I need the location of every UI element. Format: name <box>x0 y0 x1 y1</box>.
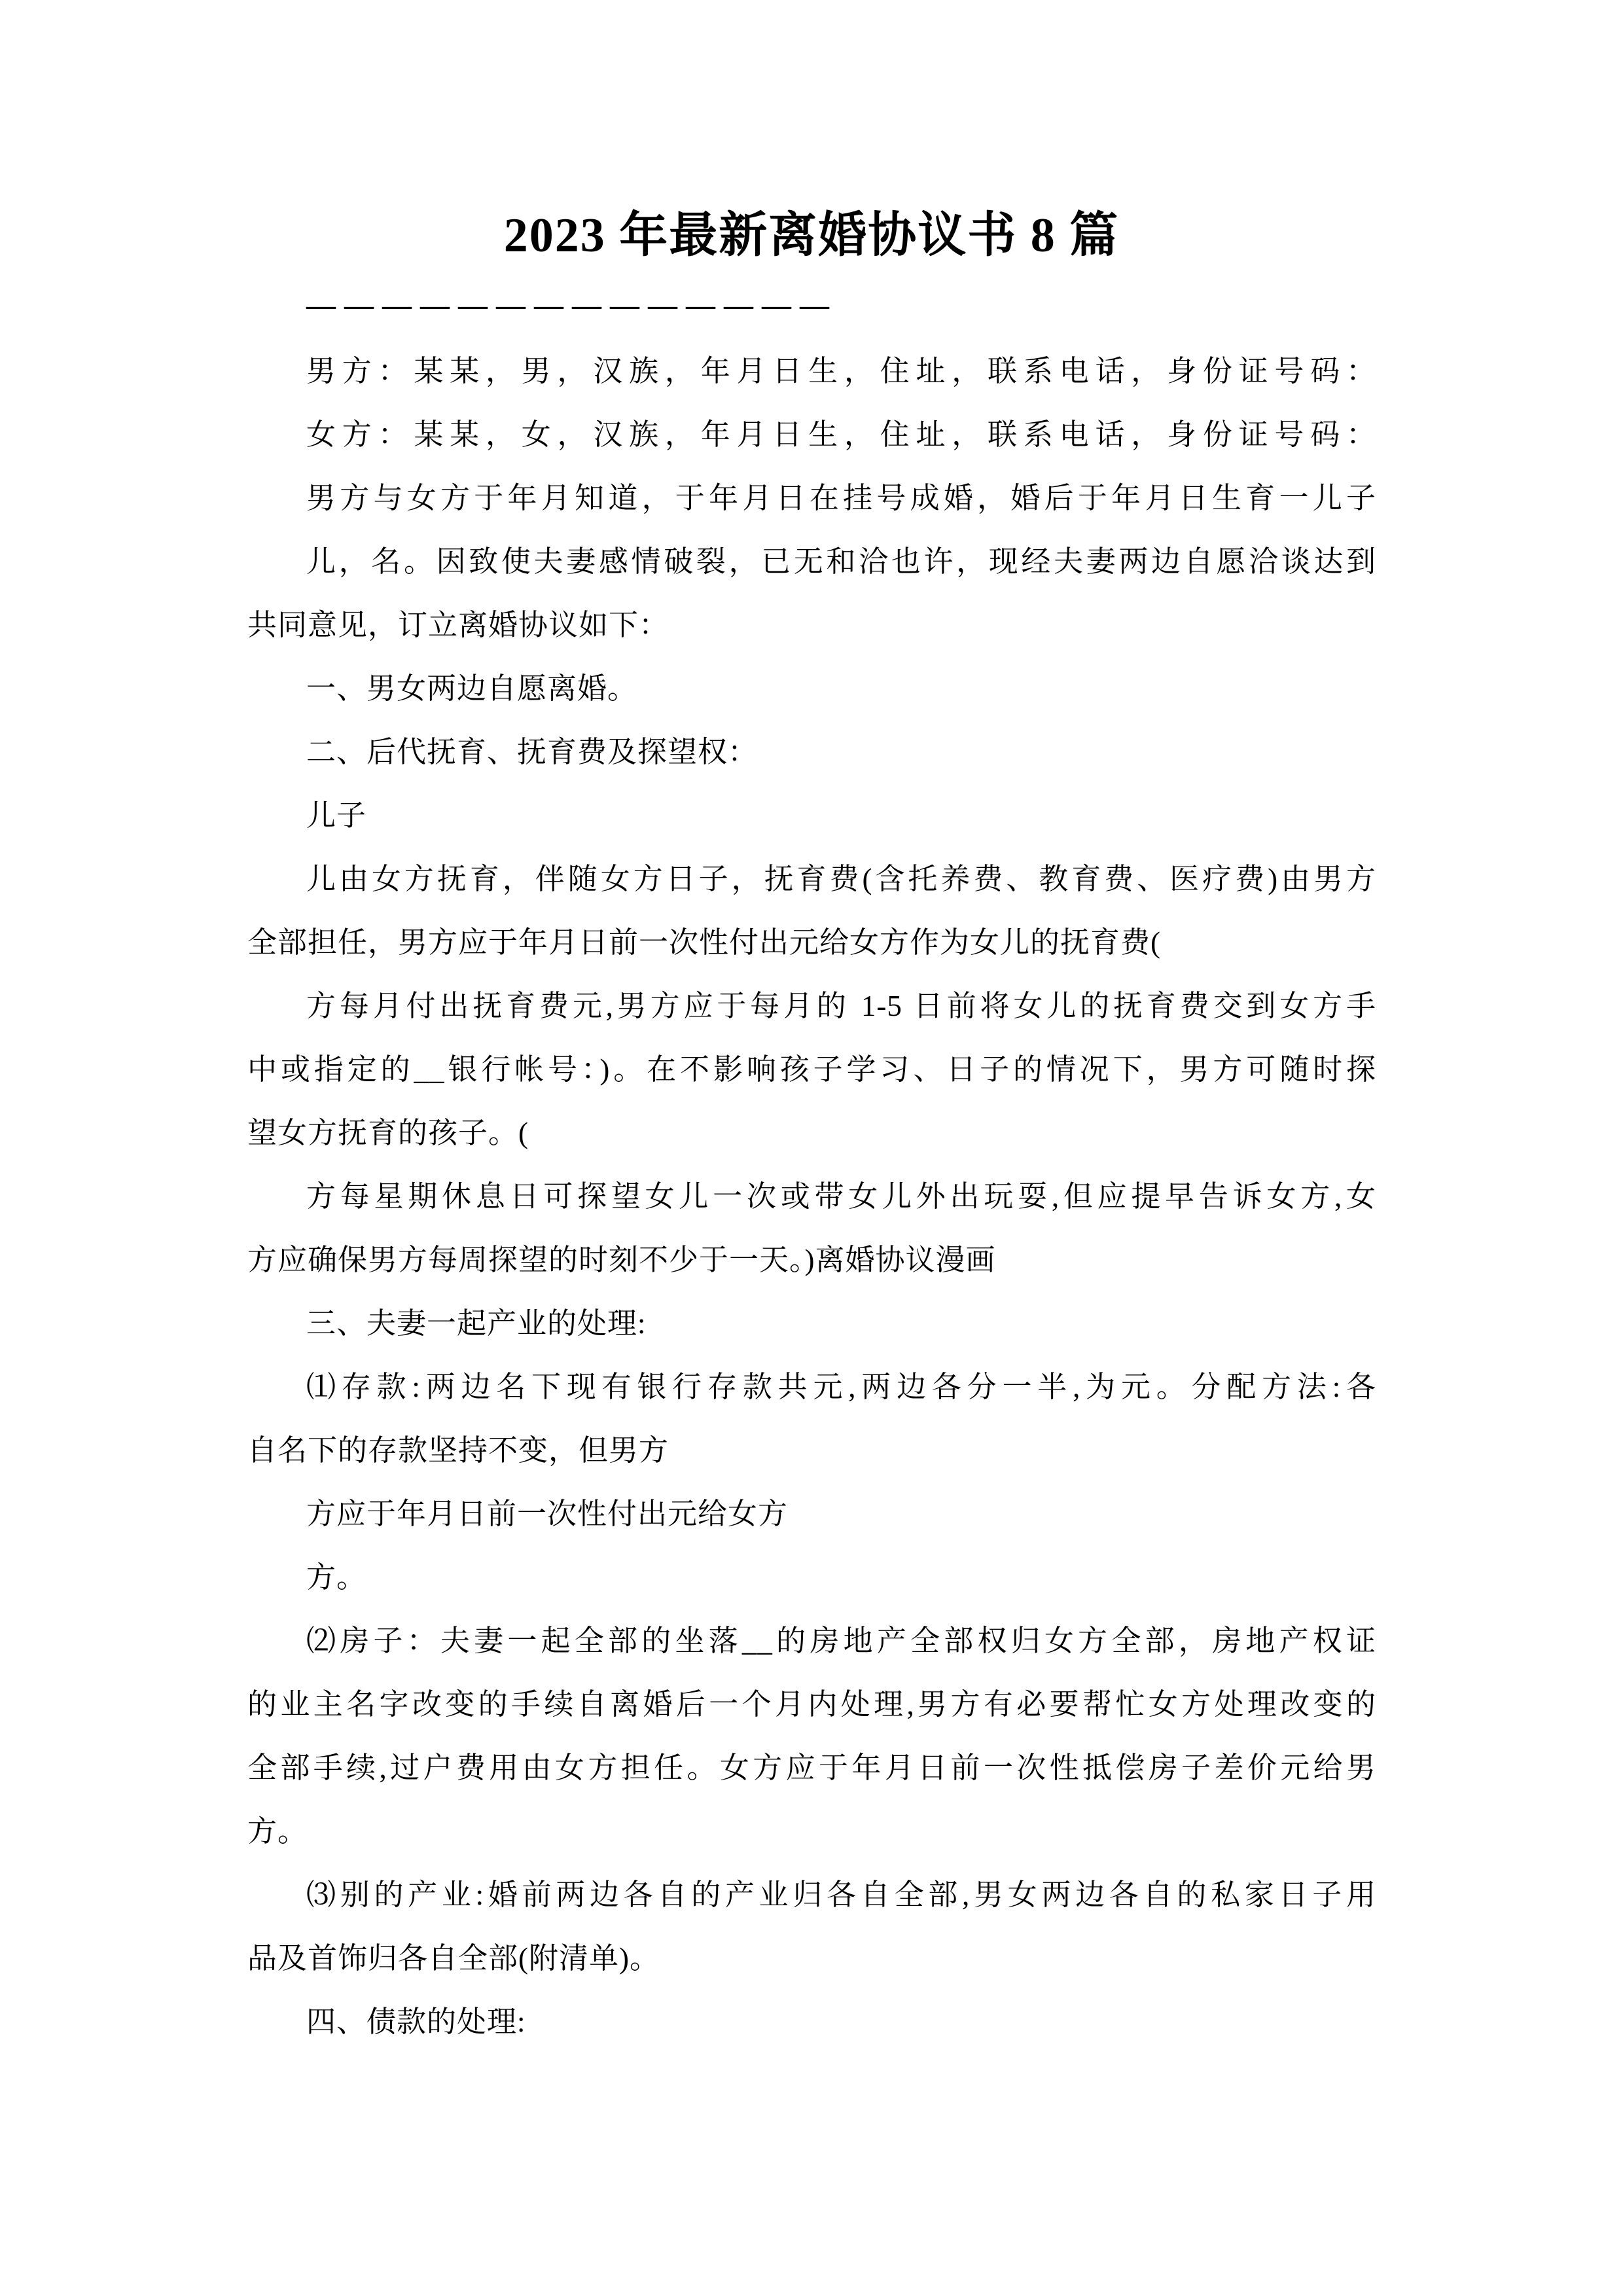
text-line: ⑵房子：夫妻一起全部的坐落__的房地产全部权归女方全部，房地产权证 <box>247 1609 1376 1673</box>
text-line: 全部手续,过户费用由女方担任。女方应于年月日前一次性抵偿房子差价元给男 <box>247 1736 1376 1800</box>
separator-line: —————————————— <box>247 276 1376 340</box>
text-line: 方。 <box>247 1800 1376 1863</box>
document-title: 2023 年最新离婚协议书 8 篇 <box>0 196 1623 266</box>
text-line: 全部担任，男方应于年月日前一次性付出元给女方作为女儿的抚育费( <box>247 911 1376 975</box>
text-line: 中或指定的__银行帐号：)。在不影响孩子学习、日子的情况下，男方可随时探 <box>247 1038 1376 1102</box>
text-line: 四、债款的处理: <box>247 1990 1376 2054</box>
document-page: 2023 年最新离婚协议书 8 篇 —————————————— 男方：某某，男… <box>0 0 1623 2296</box>
text-line: 一、男女两边自愿离婚。 <box>247 657 1376 721</box>
text-line: 自名下的存款坚持不变，但男方 <box>247 1419 1376 1482</box>
text-line: 男方：某某，男，汉族，年月日生，住址，联系电话，身份证号码： <box>247 340 1376 403</box>
text-line: 男方与女方于年月知道，于年月日在挂号成婚，婚后于年月日生育一儿子 <box>247 467 1376 530</box>
text-line: 二、后代抚育、抚育费及探望权： <box>247 721 1376 784</box>
document-body: —————————————— 男方：某某，男，汉族，年月日生，住址，联系电话，身… <box>247 276 1376 2054</box>
text-line: 方。 <box>247 1546 1376 1609</box>
text-line: 儿子 <box>247 784 1376 848</box>
text-line: 方应于年月日前一次性付出元给女方 <box>247 1482 1376 1546</box>
text-line: 女方：某某，女，汉族，年月日生，住址，联系电话，身份证号码： <box>247 403 1376 467</box>
text-line: ⑶别的产业:婚前两边各自的产业归各自全部,男女两边各自的私家日子用 <box>247 1863 1376 1927</box>
text-line: 的业主名字改变的手续自离婚后一个月内处理,男方有必要帮忙女方处理改变的 <box>247 1673 1376 1736</box>
text-line: 望女方抚育的孩子。( <box>247 1102 1376 1165</box>
text-line: 共同意见，订立离婚协议如下： <box>247 594 1376 657</box>
text-line: ⑴存款:两边名下现有银行存款共元,两边各分一半,为元。分配方法:各 <box>247 1355 1376 1419</box>
text-line: 方每星期休息日可探望女儿一次或带女儿外出玩耍,但应提早告诉女方,女 <box>247 1165 1376 1229</box>
text-line: 儿由女方抚育，伴随女方日子，抚育费(含托养费、教育费、医疗费)由男方 <box>247 848 1376 911</box>
text-line: 方应确保男方每周探望的时刻不少于一天。)离婚协议漫画 <box>247 1229 1376 1292</box>
text-line: 三、夫妻一起产业的处理: <box>247 1292 1376 1355</box>
text-line: 方每月付出抚育费元,男方应于每月的 1-5 日前将女儿的抚育费交到女方手 <box>247 975 1376 1038</box>
text-line: 儿，名。因致使夫妻感情破裂，已无和洽也许，现经夫妻两边自愿洽谈达到 <box>247 530 1376 594</box>
text-line: 品及首饰归各自全部(附清单)。 <box>247 1927 1376 1990</box>
